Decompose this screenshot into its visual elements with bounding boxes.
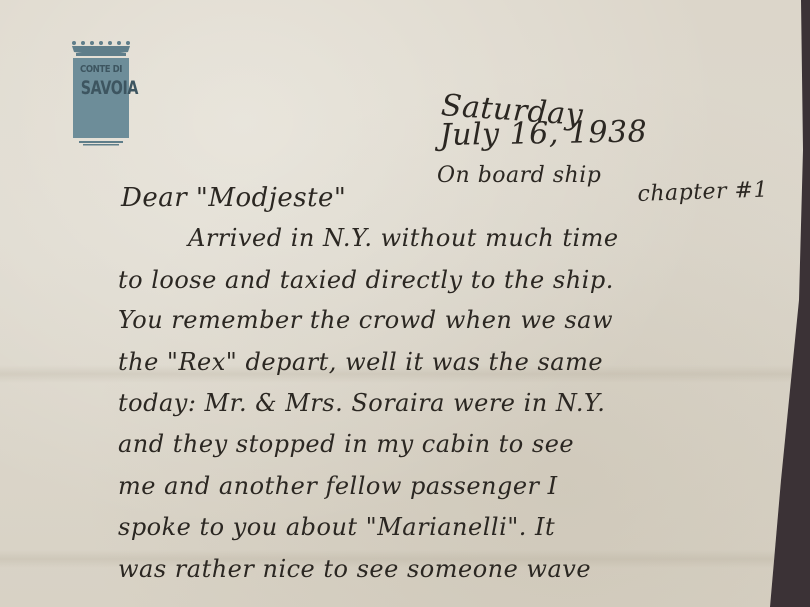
letter-body-line: to loose and taxied directly to the ship… bbox=[118, 266, 614, 294]
letter-body-line: You remember the crowd when we saw bbox=[118, 306, 613, 334]
letter-salutation: Dear "Modjeste" bbox=[121, 183, 346, 213]
letter-date: July 16, 1938 bbox=[439, 114, 647, 153]
letter-body-line: the "Rex" depart, well it was the same bbox=[118, 348, 603, 376]
letter-body-line: today: Mr. & Mrs. Soraira were in N.Y. bbox=[118, 389, 605, 417]
letter-body-line: and they stopped in my cabin to see bbox=[118, 430, 574, 458]
letter-body-line: was rather nice to see someone wave bbox=[118, 555, 591, 583]
logo-text: CONTE DI SAVOIA bbox=[74, 60, 128, 98]
letter-body-line: me and another fellow passenger I bbox=[118, 472, 558, 500]
letter-body-line: Arrived in N.Y. without much time bbox=[188, 224, 619, 252]
logo-line-conte-di: CONTE DI bbox=[78, 65, 124, 75]
letter-chapter: chapter #1 bbox=[637, 177, 768, 207]
logo-line-savoia: SAVOIA bbox=[81, 79, 122, 98]
letter-paper: CONTE DI SAVOIA Saturday July 16, 1938 O… bbox=[0, 0, 810, 607]
letter-place: On board ship bbox=[437, 163, 601, 188]
conte-di-savoia-logo: CONTE DI SAVOIA bbox=[71, 40, 131, 148]
letter-body-line: spoke to you about "Marianelli". It bbox=[118, 513, 555, 541]
photo-stage: CONTE DI SAVOIA Saturday July 16, 1938 O… bbox=[0, 0, 810, 607]
